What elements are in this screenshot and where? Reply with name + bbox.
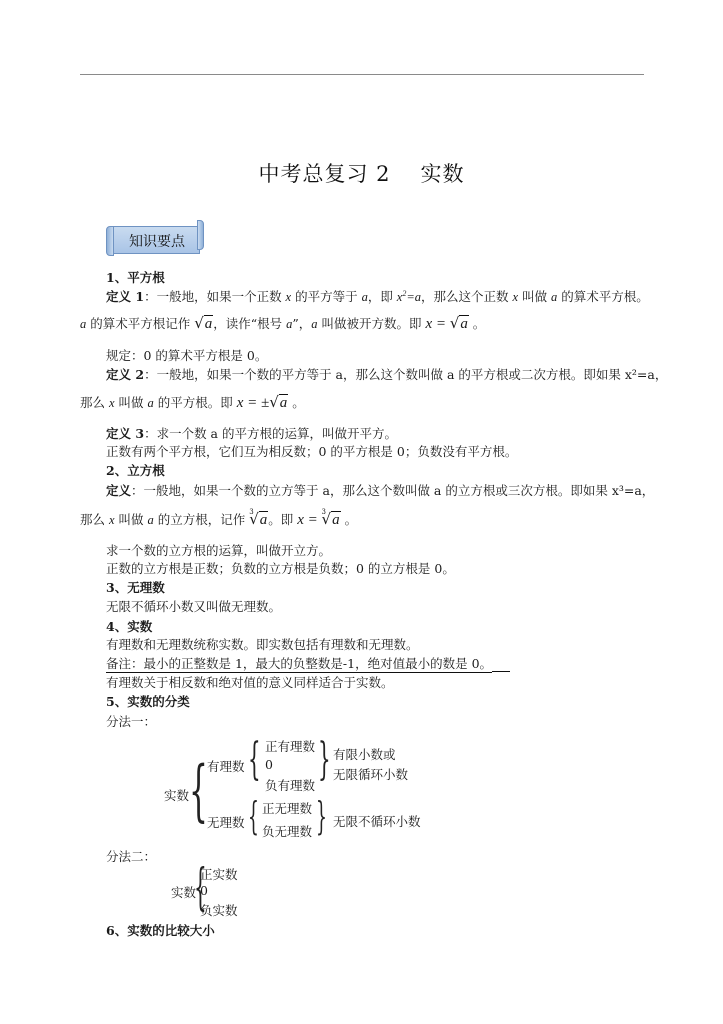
node-positive-irrational: 正无理数 — [262, 799, 312, 817]
node-real-numbers: 实数 — [171, 883, 196, 901]
desc-non-repeating-decimal: 无限不循环小数 — [333, 812, 421, 830]
node-irrational: 无理数 — [207, 813, 245, 831]
definition-label: 定义 3 — [106, 426, 144, 441]
rule-zero-root: 规定：0 的算术平方根是 0。 — [106, 346, 267, 364]
radicand: a — [204, 315, 214, 332]
root-index: 3 — [322, 508, 326, 516]
text: 。 — [469, 316, 485, 331]
page-title: 中考总复习 2实数 — [0, 158, 723, 188]
node-real-numbers: 实数 — [164, 786, 189, 804]
definition-label: 定义 1 — [106, 289, 144, 304]
desc-finite-decimal: 有限小数或 — [333, 745, 396, 763]
node-negative-rational: 负有理数 — [265, 776, 315, 794]
node-zero: 0 — [200, 883, 208, 898]
text: ，即 — [368, 289, 397, 304]
cube-root-a: 3√a — [322, 510, 341, 529]
radicand: a — [259, 511, 269, 528]
text: 。 — [288, 395, 304, 410]
title-main: 中考总复习 2 — [258, 162, 390, 186]
text: 的算术平方根记作 — [86, 316, 194, 331]
section-heading-cube-root: 2、立方根 — [106, 461, 165, 479]
text: ：一般地，如果一个数的平方等于 a，那么这个数叫做 a 的平方根或二次方根。即如… — [144, 367, 667, 382]
text: ：求一个数 a 的平方根的运算，叫做开平方。 — [144, 426, 397, 441]
text: 。即 — [268, 512, 297, 527]
cube-root-a: 3√a — [249, 510, 268, 529]
node-positive-rational: 正有理数 — [265, 737, 315, 755]
section-heading-square-root: 1、平方根 — [106, 268, 165, 286]
definition-label: 定义 2 — [106, 367, 144, 382]
node-negative-real: 负实数 — [200, 901, 238, 919]
brace-right-icon: } — [318, 738, 331, 782]
brace-left-icon: { — [189, 758, 208, 824]
real-numbers-note: 有理数关于相反数和绝对值的意义同样适合于实数。 — [106, 673, 394, 691]
square-root-a: √a — [450, 314, 469, 333]
section-heading-irrational: 3、无理数 — [106, 578, 165, 596]
equation: x2=a — [397, 290, 421, 304]
real-numbers-definition: 有理数和无理数统称实数。即实数包括有理数和无理数。 — [106, 635, 419, 653]
radicand: a — [279, 394, 289, 411]
equation: x = ± — [237, 395, 270, 411]
text: 那么 — [80, 395, 109, 410]
cube-root-definition-line-2: 那么 x 叫做 a 的立方根，记作 3√a。即 x = 3√a 。 — [80, 510, 357, 529]
equation: x = — [425, 316, 449, 332]
cube-root-note-1: 求一个数的立方根的运算，叫做开立方。 — [106, 541, 331, 559]
method-one-label: 分法一： — [106, 712, 156, 730]
section-heading-comparison: 6、实数的比较大小 — [106, 921, 215, 939]
scroll-curl-left-icon — [106, 226, 114, 256]
text: ，那么这个正数 — [421, 289, 512, 304]
section-heading-classification: 5、实数的分类 — [106, 692, 190, 710]
knowledge-points-banner: 知识要点 — [106, 222, 202, 256]
definition-label: 定义 — [106, 483, 131, 498]
brace-left-icon: { — [248, 797, 259, 835]
cube-root-note-2: 正数的立方根是正数；负数的立方根是负数；0 的立方根是 0。 — [106, 559, 455, 577]
text: ”， — [292, 316, 311, 331]
remark-text: 备注：最小的正整数是 1，最大的负整数是-1，绝对值最小的数是 0。 — [106, 656, 492, 673]
underline-extension — [492, 658, 510, 672]
text: 的立方根，记作 — [154, 512, 249, 527]
header-rule — [80, 74, 644, 75]
definition-1-line-1: 定义 1：一般地，如果一个正数 x 的平方等于 a，即 x2=a，那么这个正数 … — [106, 287, 649, 305]
text: 叫做 — [115, 512, 148, 527]
text: 叫做 — [115, 395, 148, 410]
square-root-note: 正数有两个平方根，它们互为相反数；0 的平方根是 0；负数没有平方根。 — [106, 442, 517, 460]
square-root-a: √a — [269, 393, 288, 412]
text: ，读作“根号 — [213, 316, 286, 331]
section-heading-real-numbers: 4、实数 — [106, 617, 152, 635]
irrational-definition: 无限不循环小数又叫做无理数。 — [106, 597, 281, 615]
real-numbers-remark: 备注：最小的正整数是 1，最大的负整数是-1，绝对值最小的数是 0。 — [106, 654, 510, 672]
brace-left-icon: { — [248, 738, 261, 782]
node-rational: 有理数 — [207, 757, 245, 775]
text: 那么 — [80, 512, 109, 527]
node-positive-real: 正实数 — [200, 865, 238, 883]
banner-label: 知识要点 — [114, 231, 200, 251]
text: 的平方根。即 — [154, 395, 237, 410]
radicand: a — [459, 315, 469, 332]
definition-2-line-1: 定义 2：一般地，如果一个数的平方等于 a，那么这个数叫做 a 的平方根或二次方… — [106, 365, 667, 383]
definition-1-line-2: a 的算术平方根记作 √a，读作“根号 a”，a 叫做被开方数。即 x = √a… — [80, 314, 485, 333]
radicand: a — [331, 511, 341, 528]
cube-root-definition-line-1: 定义：一般地，如果一个数的立方等于 a，那么这个数叫做 a 的立方根或三次方根。… — [106, 481, 654, 499]
text: 。 — [341, 512, 357, 527]
text: 叫做被开方数。即 — [318, 316, 426, 331]
node-negative-irrational: 负无理数 — [262, 822, 312, 840]
text: ：一般地，如果一个正数 — [144, 289, 285, 304]
square-root-a: √a — [194, 314, 213, 333]
text: 叫做 — [518, 289, 551, 304]
node-zero: 0 — [265, 757, 273, 772]
definition-3: 定义 3：求一个数 a 的平方根的运算，叫做开平方。 — [106, 424, 397, 442]
text: ：一般地，如果一个数的立方等于 a，那么这个数叫做 a 的立方根或三次方根。即如… — [131, 483, 654, 498]
text: 的算术平方根。 — [557, 289, 648, 304]
brace-right-icon: } — [316, 797, 327, 835]
method-two-label: 分法二： — [106, 847, 156, 865]
root-index: 3 — [249, 508, 253, 516]
title-sub: 实数 — [421, 162, 465, 186]
desc-repeating-decimal: 无限循环小数 — [333, 765, 408, 783]
text: 的平方等于 — [291, 289, 361, 304]
definition-2-line-2: 那么 x 叫做 a 的平方根。即 x = ±√a 。 — [80, 393, 305, 412]
equation: x = — [297, 512, 321, 528]
